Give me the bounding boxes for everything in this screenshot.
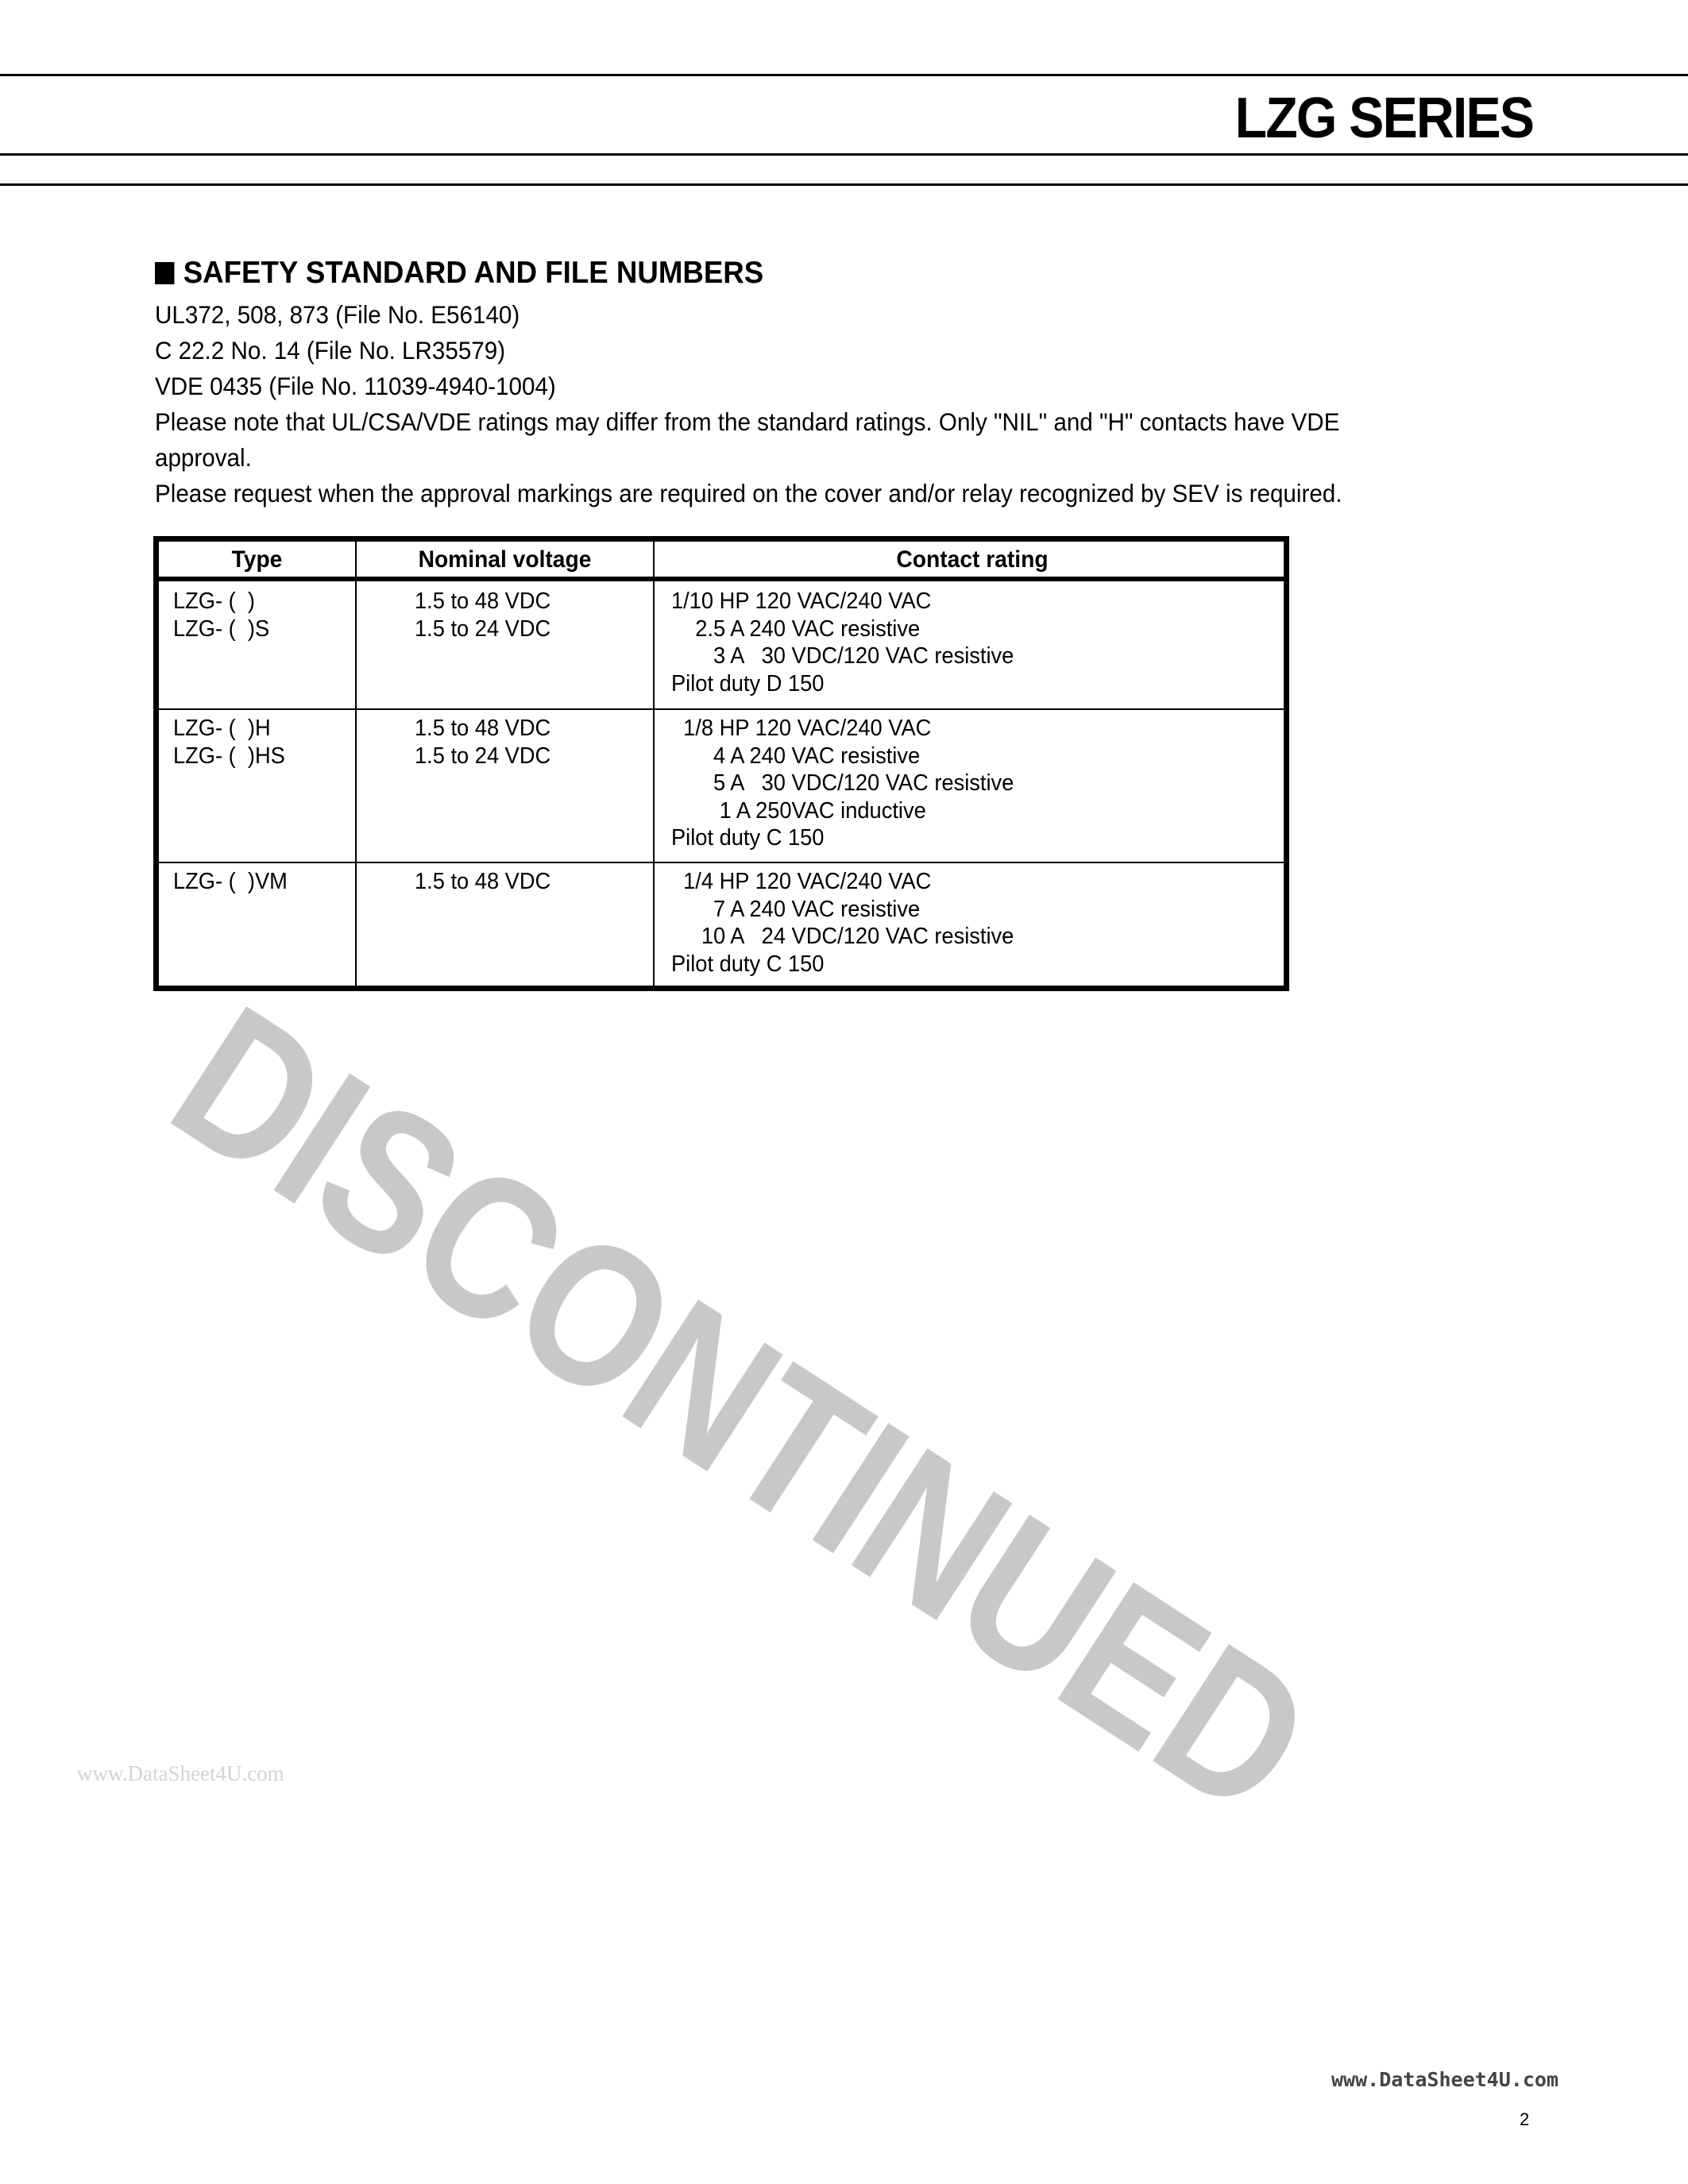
series-title: LZG SERIES — [1235, 86, 1533, 151]
contact-rating-table: Type Nominal voltage Contact rating LZG-… — [153, 536, 1289, 991]
column-header-contact-rating: Contact rating — [674, 546, 1271, 574]
voltage-cell: 1.5 to 48 VDC 1.5 to 24 VDC — [415, 715, 550, 770]
column-header-type: Type — [164, 546, 349, 574]
ratings-note-continuation: approval. — [155, 440, 1342, 476]
rating-cell: 1/10 HP 120 VAC/240 VAC 2.5 A 240 VAC re… — [671, 588, 1014, 697]
row-divider — [159, 708, 1284, 710]
header-rule-top — [0, 74, 1688, 76]
page-number: 2 — [1520, 2109, 1529, 2130]
sev-request-note: Please request when the approval marking… — [155, 476, 1342, 511]
ratings-note-line: Please note that UL/CSA/VDE ratings may … — [155, 404, 1342, 440]
section-heading-text: SAFETY STANDARD AND FILE NUMBERS — [183, 256, 763, 291]
type-cell: LZG- ( )H LZG- ( )HS — [173, 715, 285, 770]
rating-cell: 1/4 HP 120 VAC/240 VAC 7 A 240 VAC resis… — [671, 868, 1014, 978]
voltage-cell: 1.5 to 48 VDC — [415, 868, 550, 896]
column-divider — [653, 542, 655, 986]
vde-file-line: VDE 0435 (File No. 11039-4940-1004) — [155, 369, 1342, 404]
ul-file-line: UL372, 508, 873 (File No. E56140) — [155, 297, 1342, 333]
type-cell: LZG- ( ) LZG- ( )S — [173, 588, 269, 642]
column-header-nominal-voltage: Nominal voltage — [365, 546, 644, 574]
header-divider — [159, 577, 1284, 581]
voltage-cell: 1.5 to 48 VDC 1.5 to 24 VDC — [415, 588, 550, 642]
header-rule-middle — [0, 153, 1688, 156]
csa-file-line: C 22.2 No. 14 (File No. LR35579) — [155, 333, 1342, 369]
rating-cell: 1/8 HP 120 VAC/240 VAC 4 A 240 VAC resis… — [671, 715, 1014, 852]
site-watermark-left: www.DataSheet4U.com — [77, 1761, 284, 1786]
discontinued-watermark: DISCONTINUED — [135, 961, 1347, 1861]
type-cell: LZG- ( )VM — [173, 868, 288, 896]
header-rule-bottom — [0, 183, 1688, 186]
site-watermark-right: www.DataSheet4U.com — [1331, 2068, 1559, 2091]
column-divider — [355, 542, 357, 986]
square-bullet-icon — [155, 262, 174, 284]
section-heading: SAFETY STANDARD AND FILE NUMBERS — [155, 256, 1342, 291]
safety-standards-section: SAFETY STANDARD AND FILE NUMBERS UL372, … — [155, 256, 1418, 511]
row-divider — [159, 862, 1284, 863]
